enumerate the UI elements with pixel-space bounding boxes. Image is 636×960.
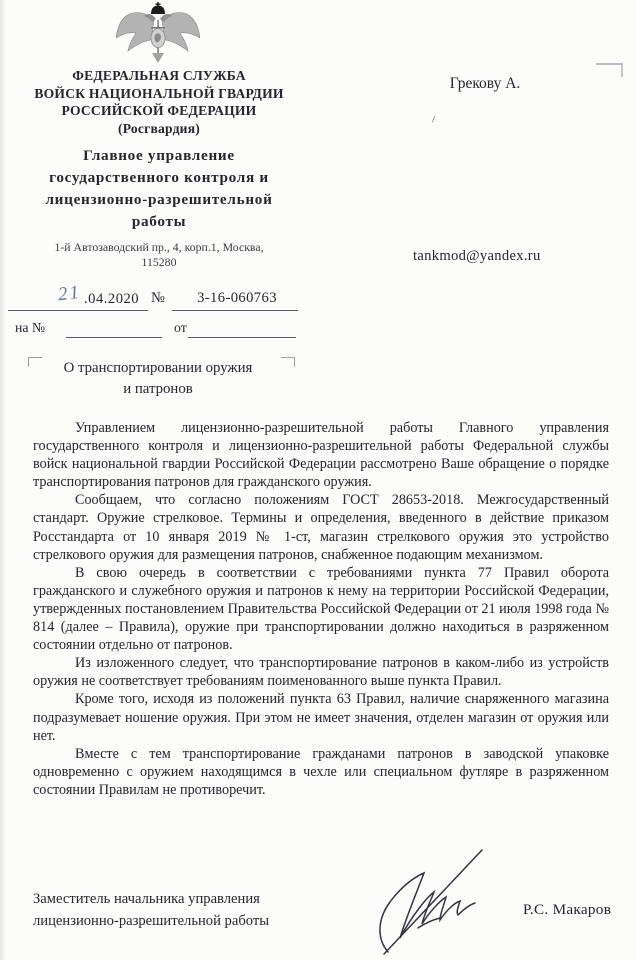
letter-date: .04.2020: [84, 291, 139, 308]
in-reply-from-label: от: [174, 320, 187, 336]
signer-title-line: Заместитель начальника управления: [33, 889, 269, 911]
scan-edge-shadow: [0, 0, 6, 960]
number-sign-label: №: [151, 290, 165, 307]
department-line: работы: [0, 211, 318, 233]
pen-mark: [432, 116, 437, 124]
letterhead-department: Главное управление государственного конт…: [0, 145, 318, 233]
body-paragraph: Управлением лицензионно-разрешительной р…: [33, 419, 609, 491]
address-line: 115280: [0, 255, 318, 270]
in-reply-number-underline: [66, 337, 162, 338]
letter-number: 3-16-060763: [178, 290, 296, 307]
department-line: Главное управление: [0, 145, 318, 167]
number-underline: [172, 310, 298, 311]
scanned-letter-page: ФЕДЕРАЛЬНАЯ СЛУЖБА ВОЙСК НАЦИОНАЛЬНОЙ ГВ…: [0, 0, 636, 960]
address-line: 1-й Автозаводский пр., 4, корп.1, Москва…: [0, 240, 318, 255]
signer-title-line: лицензионно-разрешительной работы: [33, 911, 269, 933]
signer-name: Р.С. Макаров: [523, 901, 611, 919]
body-paragraph: Из изложенного следует, что транспортиро…: [33, 654, 609, 690]
in-reply-to-label: на №: [15, 320, 45, 336]
body-paragraph: Вместе с тем транспортирование гражданам…: [33, 745, 609, 799]
body-paragraph: В свою очередь в соответствии с требован…: [33, 564, 609, 654]
page-corner-bracket-icon: [596, 63, 623, 77]
body-paragraph: Сообщаем, что согласно положениям ГОСТ 2…: [33, 491, 609, 563]
rosgvardiya-eagle-emblem-icon: [116, 2, 200, 64]
subject-line: и патронов: [30, 379, 286, 400]
handwritten-date-day: 21: [57, 282, 83, 307]
signer-title: Заместитель начальника управления лиценз…: [33, 889, 269, 932]
letterhead-org-name: ФЕДЕРАЛЬНАЯ СЛУЖБА ВОЙСК НАЦИОНАЛЬНОЙ ГВ…: [0, 67, 318, 137]
department-line: лицензионно-разрешительной: [0, 189, 318, 211]
body-paragraph: Кроме того, исходя из положений пункта 6…: [33, 690, 609, 744]
letter-subject: О транспортировании оружия и патронов: [30, 358, 286, 400]
handwritten-signature: [372, 840, 500, 958]
letterhead-address: 1-й Автозаводский пр., 4, корп.1, Москва…: [0, 240, 318, 270]
org-name-line: РОССИЙСКОЙ ФЕДЕРАЦИИ: [0, 102, 318, 120]
department-line: государственного контроля и: [0, 167, 318, 189]
org-short-name: (Росгвардия): [0, 120, 318, 138]
subject-line: О транспортировании оружия: [30, 358, 286, 379]
addressee-name: Грекову А.: [420, 75, 550, 93]
addressee-email: tankmod@yandex.ru: [413, 248, 541, 265]
letter-body: Управлением лицензионно-разрешительной р…: [33, 419, 609, 799]
org-name-line: ВОЙСК НАЦИОНАЛЬНОЙ ГВАРДИИ: [0, 85, 318, 103]
date-underline: [8, 310, 148, 311]
org-name-line: ФЕДЕРАЛЬНАЯ СЛУЖБА: [0, 67, 318, 85]
in-reply-date-underline: [188, 337, 296, 338]
